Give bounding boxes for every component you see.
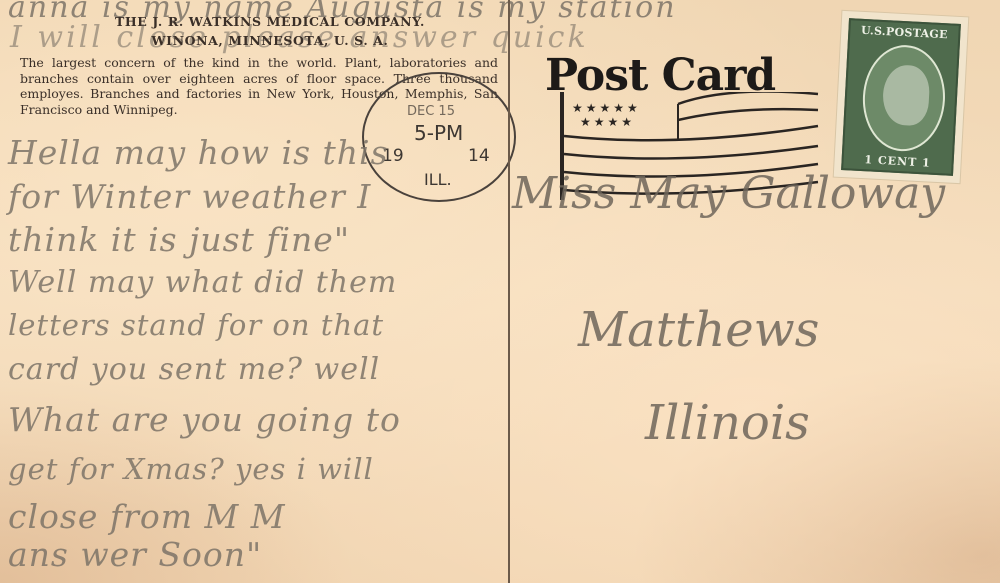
message-line: for Winter weather I xyxy=(8,177,371,216)
message-line: Well may what did them xyxy=(8,265,397,300)
address-city: Matthews xyxy=(578,302,819,358)
company-location: WINONA, MINNESOTA, U. S. A. xyxy=(65,33,475,48)
message-line: ans wer Soon" xyxy=(8,535,262,574)
portrait-head-icon xyxy=(882,64,931,126)
address-state: Illinois xyxy=(645,395,810,451)
message-line: Hella may how is this xyxy=(8,133,389,172)
center-divider-line xyxy=(508,0,510,583)
stamp-top-text: U.S.POSTAGE xyxy=(850,23,959,42)
message-line: close from M M xyxy=(8,497,286,536)
postcard-back: anna is my name Augusta is my station I … xyxy=(0,0,1000,583)
stamp-portrait-icon xyxy=(860,43,947,153)
postmark-state: ILL. xyxy=(424,170,452,189)
postmark-date: DEC 15 xyxy=(407,104,455,119)
message-line: get for Xmas? yes i will xyxy=(8,452,374,486)
stamp-design: U.S.POSTAGE 1 CENT 1 xyxy=(841,18,961,176)
message-line: letters stand for on that xyxy=(8,308,384,342)
address-name: Miss May Galloway xyxy=(512,168,945,219)
message-line: card you sent me? well xyxy=(8,352,380,387)
svg-text:★ ★ ★ ★ ★: ★ ★ ★ ★ ★ xyxy=(572,101,638,115)
postmark-year-right: 14 xyxy=(468,146,490,166)
message-line: What are you going to xyxy=(8,400,401,439)
company-title: THE J. R. WATKINS MEDICAL COMPANY. xyxy=(65,14,475,29)
postmark-time: 5-PM xyxy=(414,121,463,145)
postage-stamp: U.S.POSTAGE 1 CENT 1 xyxy=(834,11,969,183)
svg-text:★ ★ ★ ★: ★ ★ ★ ★ xyxy=(580,115,632,129)
message-line: think it is just fine" xyxy=(8,220,350,259)
